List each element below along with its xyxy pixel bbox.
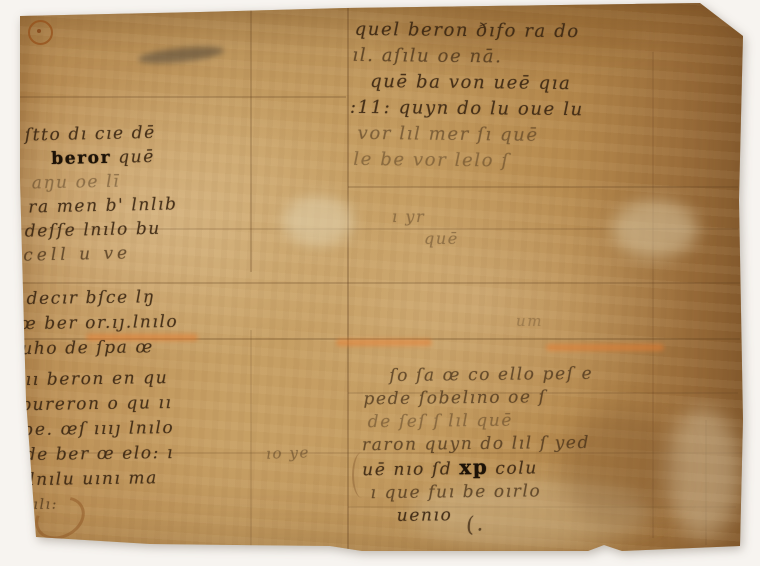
script-line-pre: uē nıo ſd bbox=[362, 459, 459, 480]
script-line: raron quyn do lıl ſ yed bbox=[362, 432, 594, 457]
ink-smudge-stain bbox=[138, 44, 225, 67]
script-line: pureron o qu ıı bbox=[20, 391, 180, 418]
script-line: uē nıo ſd xp colu bbox=[362, 455, 594, 482]
script-line: pede ſobelıno oe ſ bbox=[363, 386, 593, 411]
fold-crease-horizontal bbox=[20, 282, 740, 284]
script-line: ſo ſa œ co ello peſ e bbox=[389, 363, 593, 388]
fold-crease-horizontal bbox=[348, 186, 738, 188]
manuscript-photo: ſtto dı cıe dē beror quē aŋu oe lī ra me… bbox=[0, 0, 760, 566]
fold-crease-vertical bbox=[652, 52, 654, 538]
script-line: be. œſ ıııȷ lnılo bbox=[22, 416, 180, 443]
script-line-post: colu bbox=[488, 458, 538, 479]
script-line: cell u ve bbox=[23, 240, 179, 267]
script-line: quē ba von ueē qıa bbox=[370, 69, 584, 97]
script-line: ıl. aſılu oe nā. bbox=[352, 43, 584, 71]
script-block-right-top: quel beron ðıfo ra do ıl. aſılu oe nā. q… bbox=[349, 17, 584, 175]
script-line: vor lıl mer ſı quē bbox=[357, 121, 583, 149]
script-line: ılı: bbox=[33, 491, 181, 518]
script-line: de ber œ elo: ı bbox=[25, 441, 181, 468]
script-line: ra men b' lnlıb bbox=[28, 192, 178, 219]
script-line: le be vor lelo ſ bbox=[353, 147, 583, 175]
script-line: ſtto dı cıe dē bbox=[25, 120, 177, 147]
script-fragment-note: ıo ye bbox=[266, 443, 311, 463]
script-fragment-faint: um bbox=[516, 312, 543, 330]
fold-crease-horizontal bbox=[20, 96, 346, 98]
script-line: quē bbox=[424, 228, 459, 250]
script-line: uenıo bbox=[397, 503, 595, 528]
orange-pigment-streak bbox=[336, 339, 432, 346]
fold-crease-vertical bbox=[705, 420, 707, 545]
script-block-left-top: ſtto dı cıe dē beror quē aŋu oe lī ra me… bbox=[21, 120, 179, 267]
script-block-center-faint: ı yr quē bbox=[392, 206, 459, 250]
fold-crease-vertical bbox=[250, 10, 252, 272]
script-line: de ſeſ ſ lıl quē bbox=[368, 409, 594, 434]
script-line: œ ber or.ıȷ.lnılo bbox=[19, 310, 179, 337]
script-line: :11: quyn do lu oue lu bbox=[350, 95, 584, 123]
ring-stamp-icon bbox=[28, 20, 53, 45]
final-squiggle-mark: (. bbox=[464, 511, 485, 537]
script-block-left-middle: decır bſce lŋ œ ber or.ıȷ.lnılo uho de ſ… bbox=[18, 285, 181, 518]
script-line: decır bſce lŋ bbox=[26, 285, 178, 312]
parchment-shadow: ſtto dı cıe dē beror quē aŋu oe lī ra me… bbox=[0, 0, 760, 566]
script-line: ı que fuı be oırlo bbox=[370, 480, 594, 505]
script-line: beror quē bbox=[51, 144, 177, 171]
script-block-bottom-right: ſo ſa œ co ello peſ e pede ſobelıno oe ſ… bbox=[361, 363, 595, 528]
orange-pigment-streak bbox=[546, 344, 664, 351]
ring-stamp-dot bbox=[37, 29, 41, 33]
pale-wear-spot bbox=[665, 408, 741, 538]
chrismon-abbreviation: xp bbox=[459, 455, 488, 479]
script-line: ıı beron en qu bbox=[26, 366, 180, 393]
overwritten-word: beror bbox=[51, 148, 111, 169]
script-line: lnılu uını ma bbox=[29, 466, 181, 493]
script-line: quel beron ðıfo ra do bbox=[355, 17, 585, 45]
script-line: ı yr bbox=[392, 206, 459, 228]
script-line-rest: quē bbox=[118, 147, 155, 168]
pale-wear-spot bbox=[282, 196, 354, 246]
script-line: deſſe lnılo bu bbox=[25, 216, 179, 243]
script-line: uho de ſpa œ bbox=[21, 335, 179, 362]
script-line: aŋu oe lī bbox=[32, 168, 178, 195]
parchment-sheet: ſtto dı cıe dē beror quē aŋu oe lī ra me… bbox=[0, 0, 760, 566]
fold-crease-vertical bbox=[250, 330, 252, 548]
